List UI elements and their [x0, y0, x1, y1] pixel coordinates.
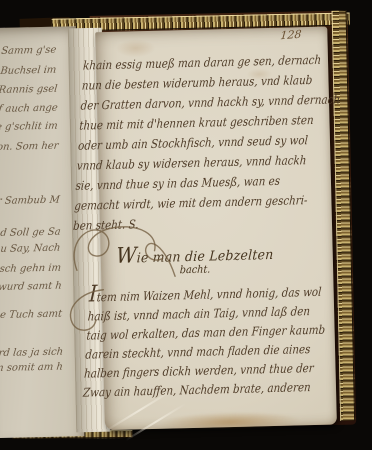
- manuscript-fragment: wurd las ja sich: [0, 347, 63, 360]
- manuscript-line: Zway ain hauffen, Nachdem brate, anderen: [82, 378, 307, 402]
- page-number: 128: [280, 28, 302, 43]
- manuscript-fragment: f wurd samt h: [0, 281, 62, 294]
- manuscript-fragment: tte g'schlit im: [0, 121, 58, 133]
- manuscript-line: ben steht. S.: [72, 210, 297, 235]
- recipe-paragraph-1: khain essig mueß man daran ge sen, derna…: [72, 50, 307, 236]
- manuscript-fragment: d Buchsel im: [0, 65, 57, 77]
- manuscript-fragment: se Tuch samt: [0, 309, 62, 321]
- manuscript-fragment: von. Som her: [0, 141, 59, 153]
- recto-page: 128 khain essig mueß man daran ge sen, d…: [95, 27, 337, 431]
- manuscript-photo: er Samm g'se d Buchsel im ge Rannis gsel…: [0, 0, 372, 450]
- manuscript-fragment: in somit am h: [0, 362, 64, 374]
- left-page-text: er Samm g'se d Buchsel im ge Rannis gsel…: [0, 27, 64, 438]
- recipe-heading: Wie man die Lebzelten bacht.: [112, 247, 278, 278]
- manuscript-fragment: af auch ange: [0, 103, 58, 115]
- manuscript-fragment: misch gehn im: [0, 263, 61, 276]
- manuscript-fragment: au Say, Nach: [0, 243, 61, 255]
- manuscript-fragment: vnd Soll ge Sa: [0, 227, 61, 240]
- recipe-paragraph-2: Item nim Waizen Mehl, vnnd honig, das wo…: [82, 283, 313, 403]
- manuscript-fragment: ge Rannis gsel: [0, 84, 58, 97]
- manuscript-fragment: er Samm g'se: [0, 45, 57, 57]
- manuscript-fragment: ger Sambub M: [0, 195, 60, 208]
- book: er Samm g'se d Buchsel im ge Rannis gsel…: [0, 0, 372, 450]
